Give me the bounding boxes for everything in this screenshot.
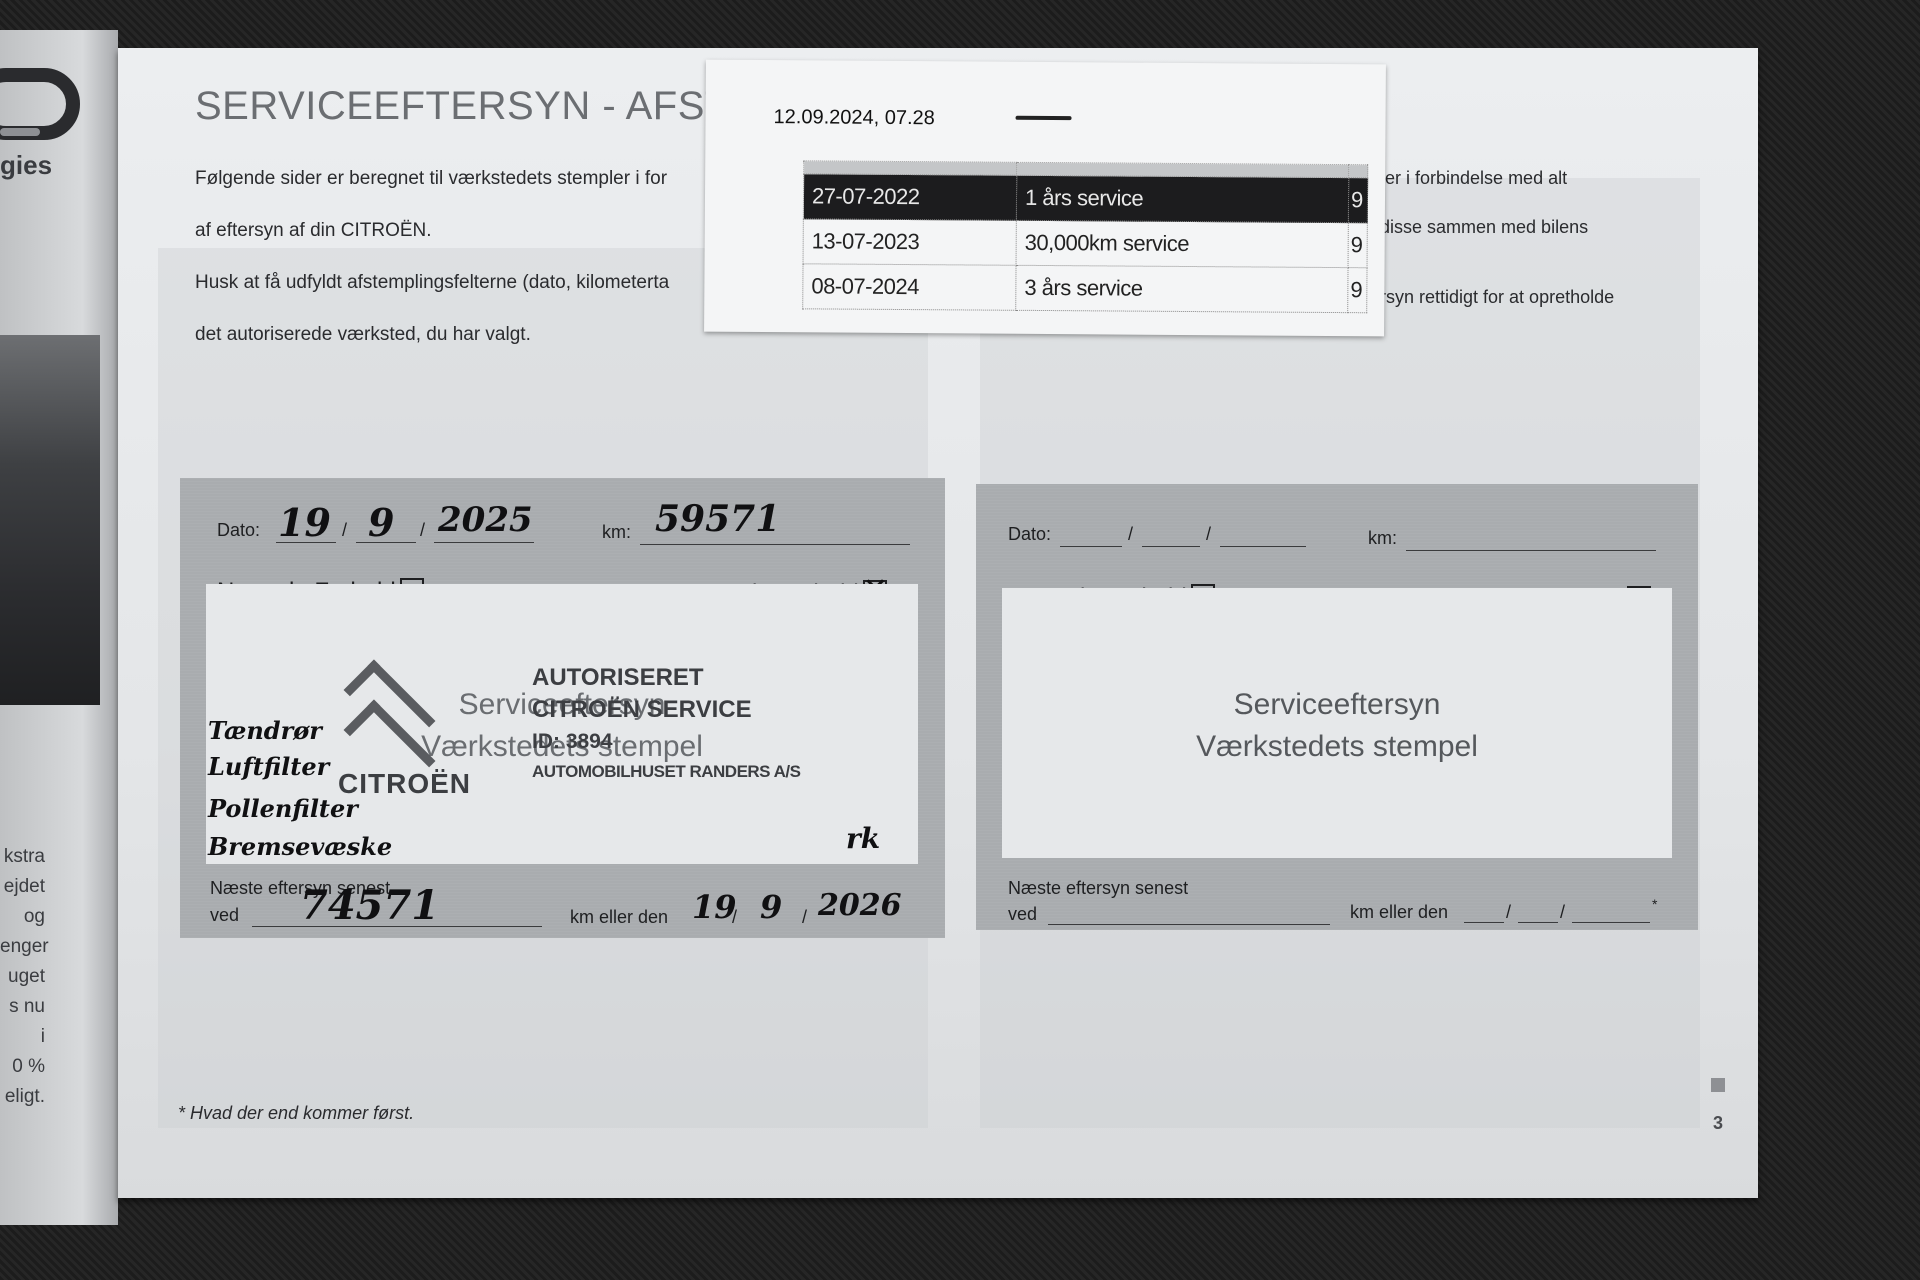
workshop-stamp-area: Serviceeftersyn Værkstedets stempel CITR… (206, 584, 918, 864)
handwritten-initials: rk (846, 822, 880, 855)
stamp-line: ID: 3894 (532, 730, 613, 754)
service-date: 13-07-2023 (803, 219, 1016, 265)
intro-line: Husk at få udfyldt afstemplingsfelterne … (195, 270, 715, 296)
side-text-line: eligt. (0, 1082, 45, 1112)
side-text-line: enger (0, 932, 45, 962)
handwritten-note: Bremsevæske (208, 832, 392, 861)
table-row[interactable]: 13-07-2023 30,000km service 9 (803, 219, 1367, 268)
date-month-field[interactable] (1142, 546, 1200, 547)
service-record-form-filled: Dato: / / 19 9 2025 km: 59571 Normale Fo… (180, 478, 945, 938)
handwritten-date-day[interactable]: 19 (278, 500, 331, 545)
intro-text: Følgende sider er beregnet til værkstede… (195, 140, 715, 374)
handwritten-note: Tændrør (208, 716, 322, 745)
service-history-table: 27-07-2022 1 års service 9 13-07-2023 30… (802, 160, 1368, 313)
service-date: 27-07-2022 (803, 174, 1016, 220)
date-separator: / (342, 520, 347, 541)
ink-mark (1016, 116, 1072, 120)
service-history-printout: 12.09.2024, 07.28 27-07-2022 1 års servi… (704, 60, 1386, 337)
date-year-field[interactable] (1220, 546, 1306, 547)
handwritten-next-km[interactable]: 74571 (300, 882, 439, 929)
stamp-placeholder-line: Værkstedets stempel (1002, 726, 1672, 768)
handwritten-next-year[interactable]: 2026 (818, 888, 902, 923)
footnote-asterisk: * (1652, 896, 1657, 912)
handwritten-date-month[interactable]: 9 (368, 500, 394, 545)
handwritten-next-day[interactable]: 19 (692, 888, 737, 926)
previous-page-edge: gies kstra ejdet og enger uget s nu i 0 … (0, 30, 118, 1225)
intro-line: af eftersyn af din CITROËN. (195, 218, 715, 244)
km-label: km: (1368, 528, 1397, 549)
service-extra: 9 (1348, 178, 1367, 223)
date-day-field[interactable] (1060, 546, 1122, 547)
service-description: 1 års service (1016, 175, 1348, 222)
side-text-line: uget (0, 962, 45, 992)
page-title: SERVICEEFTERSYN - AFST (195, 84, 730, 129)
stamp-placeholder: Serviceeftersyn Værkstedets stempel (1002, 684, 1672, 768)
side-text: kstra ejdet og enger uget s nu i 0 % eli… (0, 842, 45, 1112)
side-text-line: s nu i (0, 992, 45, 1052)
next-date-label: km eller den (570, 907, 668, 928)
stamp-line: CITROËN SERVICE (532, 696, 752, 724)
side-text-line: ejdet (0, 872, 45, 902)
next-km-field[interactable] (1048, 924, 1330, 925)
date-separator: / (420, 520, 425, 541)
landscape-photo (0, 335, 100, 705)
service-date: 08-07-2024 (803, 264, 1016, 310)
side-text-line: og (0, 902, 45, 932)
date-separator: / (1206, 524, 1211, 545)
date-separator: / (1506, 902, 1511, 923)
intro-line: Følgende sider er beregnet til værkstede… (195, 166, 715, 192)
printout-timestamp: 12.09.2024, 07.28 (773, 106, 934, 130)
date-label: Dato: (1008, 524, 1051, 545)
intro-continued-line: rsyn rettidigt for at opretholde (1380, 287, 1614, 308)
page-marker (1711, 1078, 1725, 1092)
next-year-field[interactable] (1572, 922, 1650, 923)
handwritten-note: Luftfilter (208, 752, 329, 781)
service-record-form-empty: Dato: / / km: Normale Forhold Krævende F… (976, 484, 1698, 930)
next-service-by-label: ved (210, 905, 239, 926)
handwritten-note: Pollenfilter (208, 794, 358, 823)
next-day-field[interactable] (1464, 922, 1504, 923)
date-label: Dato: (217, 520, 260, 541)
page-number: 3 (1713, 1113, 1723, 1134)
next-month-field[interactable] (1518, 922, 1558, 923)
km-field[interactable] (1406, 550, 1656, 551)
next-date-label: km eller den (1350, 902, 1448, 923)
stamp-placeholder-line: Serviceeftersyn (1002, 684, 1672, 726)
km-label: km: (602, 522, 631, 543)
date-separator: / (1128, 524, 1133, 545)
side-text-line: 0 % (0, 1052, 45, 1082)
date-separator: / (732, 907, 737, 928)
footnote: * Hvad der end kommer først. (178, 1103, 414, 1124)
stamp-line: AUTORISERET (532, 664, 704, 692)
intro-continued-line: disse sammen med bilens (1380, 217, 1588, 238)
stamp-line: AUTOMOBILHUSET RANDERS A/S (532, 762, 800, 782)
service-extra: 9 (1348, 268, 1367, 313)
handwritten-km[interactable]: 59571 (655, 498, 780, 540)
table-row[interactable]: 27-07-2022 1 års service 9 (803, 174, 1367, 223)
brand-text-fragment: gies (0, 150, 52, 181)
intro-line: det autoriserede værksted, du har valgt. (195, 322, 715, 348)
date-separator: / (1560, 902, 1565, 923)
intro-continued-line: ter i forbindelse med alt (1380, 168, 1567, 189)
service-description: 3 års service (1016, 265, 1348, 312)
next-service-by-label: ved (1008, 904, 1037, 925)
side-text-line: kstra (0, 842, 45, 872)
date-year-line (434, 542, 534, 543)
workshop-stamp-area[interactable]: Serviceeftersyn Værkstedets stempel (1002, 588, 1672, 858)
handwritten-next-month[interactable]: 9 (760, 888, 782, 926)
handwritten-date-year[interactable]: 2025 (438, 500, 533, 540)
next-service-label: Næste eftersyn senest (1008, 878, 1188, 899)
date-separator: / (802, 907, 807, 928)
logo-bar (0, 128, 40, 136)
service-extra: 9 (1348, 223, 1367, 268)
km-line (640, 544, 910, 545)
service-description: 30,000km service (1016, 220, 1348, 267)
table-row[interactable]: 08-07-2024 3 års service 9 (803, 264, 1367, 313)
